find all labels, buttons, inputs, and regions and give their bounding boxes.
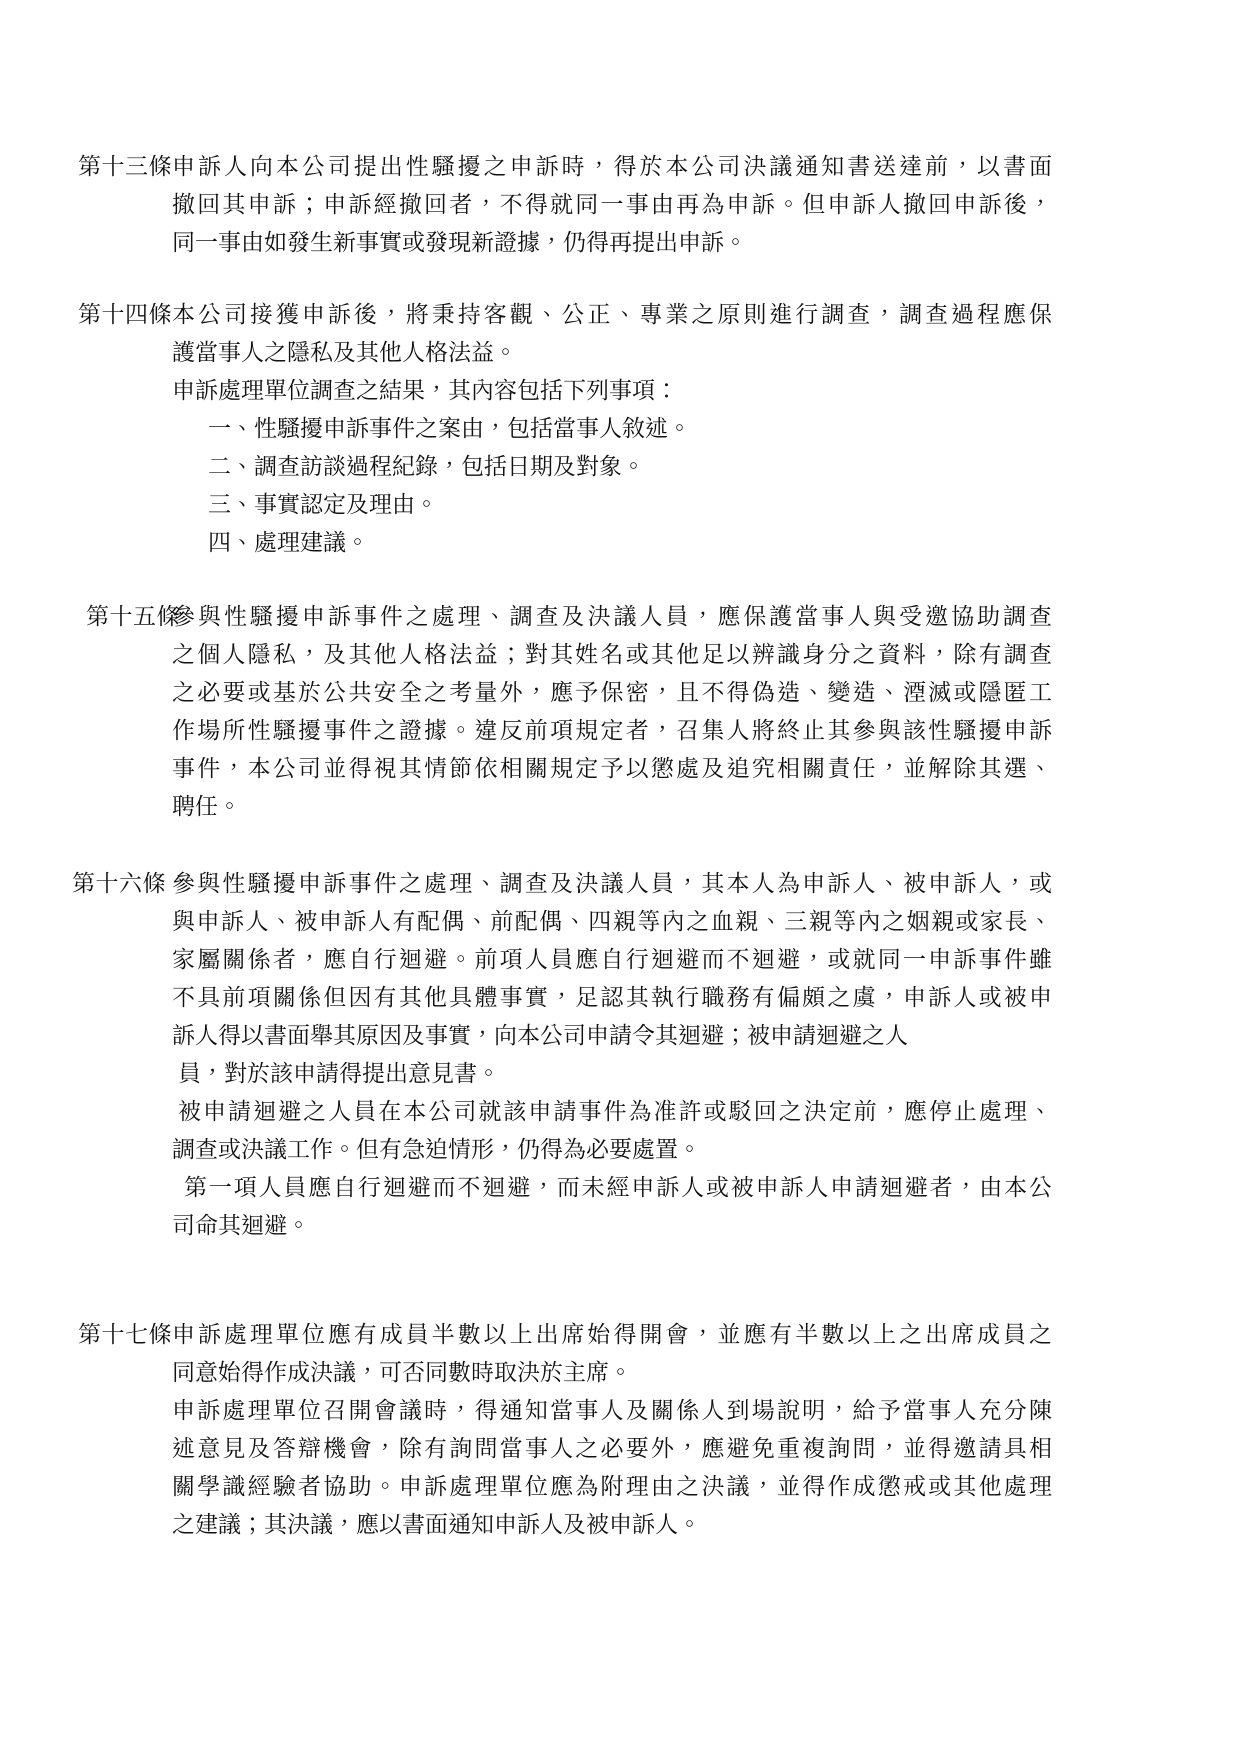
text-line: 參與性騷擾申訴事件之處理、調查及決議人員，應保護當事人與受邀協助調查 <box>172 598 1052 636</box>
text-line: 二、調查訪談過程紀錄，包括日期及對象。 <box>172 448 1052 486</box>
text-line: 之個人隱私，及其他人格法益；對其姓名或其他足以辨識身分之資料，除有調查 <box>172 636 1052 674</box>
text-line: 調查或決議工作。但有急迫情形，仍得為必要處置。 <box>172 1131 1052 1169</box>
text-line: 一、性騷擾申訴事件之案由，包括當事人敘述。 <box>172 410 1052 448</box>
article-number-label: 第十五條 <box>86 598 180 636</box>
article-number-label: 第十三條 <box>78 148 172 186</box>
text-line: 家屬關係者，應自行迴避。前項人員應自行迴避而不迴避，或就同一申訴事件雖 <box>172 941 1052 979</box>
text-line: 三、事實認定及理由。 <box>172 486 1052 524</box>
text-line: 之必要或基於公共安全之考量外，應予保密，且不得偽造、變造、湮滅或隱匿工 <box>172 674 1052 712</box>
text-line: 護當事人之隱私及其他人格法益。 <box>172 334 1052 372</box>
text-line: 同一事由如發生新事實或發現新證據，仍得再提出申訴。 <box>172 224 1052 262</box>
article-number-label: 第十四條 <box>78 296 172 334</box>
text-line: 申訴處理單位應有成員半數以上出席始得開會，並應有半數以上之出席成員之 <box>172 1316 1052 1354</box>
text-line: 申訴人向本公司提出性騷擾之申訴時，得於本公司決議通知書送達前，以書面 <box>172 148 1052 186</box>
text-line: 事件，本公司並得視其情節依相關規定予以懲處及追究相關責任，並解除其選、 <box>172 750 1052 788</box>
text-line: 之建議；其決議，應以書面通知申訴人及被申訴人。 <box>172 1506 1052 1544</box>
article-text: 本公司接獲申訴後，將秉持客觀、公正、專業之原則進行調查，調查過程應保護當事人之隱… <box>172 296 1052 562</box>
text-line: 撤回其申訴；申訴經撤回者，不得就同一事由再為申訴。但申訴人撤回申訴後， <box>172 186 1052 224</box>
text-line: 述意見及答辯機會，除有詢問當事人之必要外，應避免重複詢問，並得邀請具相 <box>172 1430 1052 1468</box>
text-line: 同意始得作成決議，可否同數時取決於主席。 <box>172 1354 1052 1392</box>
text-line: 申訴處理單位召開會議時，得通知當事人及關係人到場說明，給予當事人充分陳 <box>172 1392 1052 1430</box>
document-page: 第十三條申訴人向本公司提出性騷擾之申訴時，得於本公司決議通知書送達前，以書面撤回… <box>0 0 1241 1754</box>
text-line: 司命其迴避。 <box>172 1207 1052 1245</box>
article-text: 申訴處理單位應有成員半數以上出席始得開會，並應有半數以上之出席成員之同意始得作成… <box>172 1316 1052 1544</box>
text-line: 參與性騷擾申訴事件之處理、調查及決議人員，其本人為申訴人、被申訴人，或 <box>172 865 1052 903</box>
text-line: 聘任。 <box>172 788 1052 826</box>
article-number-label: 第十七條 <box>78 1316 172 1354</box>
article-text: 參與性騷擾申訴事件之處理、調查及決議人員，應保護當事人與受邀協助調查之個人隱私，… <box>172 598 1052 826</box>
article-number-label: 第十六條 <box>72 865 166 903</box>
text-line: 作場所性騷擾事件之證據。違反前項規定者，召集人將終止其參與該性騷擾申訴 <box>172 712 1052 750</box>
text-line: 關學識經驗者協助。申訴處理單位應為附理由之決議，並得作成懲戒或其他處理 <box>172 1468 1052 1506</box>
text-line: 第一項人員應自行迴避而不迴避，而未經申訴人或被申訴人申請迴避者，由本公 <box>172 1169 1052 1207</box>
text-line: 訴人得以書面舉其原因及事實，向本公司申請令其迴避；被申請迴避之人 <box>172 1017 1052 1055</box>
text-line: 申訴處理單位調查之結果，其內容包括下列事項： <box>172 372 1052 410</box>
article-text: 參與性騷擾申訴事件之處理、調查及決議人員，其本人為申訴人、被申訴人，或與申訴人、… <box>172 865 1052 1245</box>
text-line: 不具前項關係但因有其他具體事實，足認其執行職務有偏頗之虞，申訴人或被申 <box>172 979 1052 1017</box>
text-line: 員，對於該申請得提出意見書。 <box>172 1055 1052 1093</box>
text-line: 與申訴人、被申訴人有配偶、前配偶、四親等內之血親、三親等內之姻親或家長、 <box>172 903 1052 941</box>
text-line: 四、處理建議。 <box>172 524 1052 562</box>
text-line: 被申請迴避之人員在本公司就該申請事件為准許或駁回之決定前，應停止處理、 <box>172 1093 1052 1131</box>
text-line: 本公司接獲申訴後，將秉持客觀、公正、專業之原則進行調查，調查過程應保 <box>172 296 1052 334</box>
article-text: 申訴人向本公司提出性騷擾之申訴時，得於本公司決議通知書送達前，以書面撤回其申訴；… <box>172 148 1052 262</box>
